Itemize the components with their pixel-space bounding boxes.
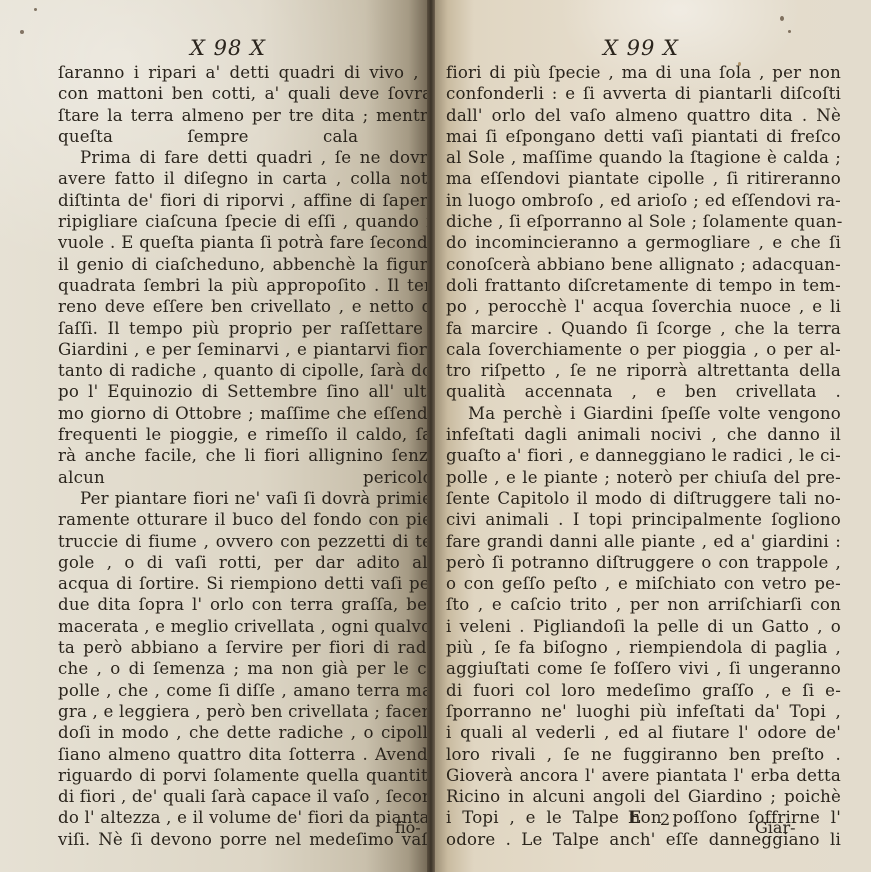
text-line: viſi. Nè ſi devono porre nel medeſimo va… <box>58 829 430 850</box>
text-line: ſaſſi. Il tempo più proprio per raſſetta… <box>58 318 430 339</box>
text-line: in luogo ombroſo , ed arioſo ; ed eſſend… <box>446 190 841 211</box>
left-page: X 98 X ſaranno i ripari a' detti quadri … <box>0 0 430 872</box>
text-line: gole , o di vaſi rotti, per dar adito al… <box>58 552 430 573</box>
text-line: queſta ſempre cala . <box>58 126 430 147</box>
text-line: confonderli : e ſi avverta di piantarli … <box>446 83 841 104</box>
text-line: ſto , e caſcio trito , per non arriſchia… <box>446 594 841 615</box>
text-line: qualità accennata , e ben crivellata . <box>446 381 841 402</box>
text-line: ſaranno i ripari a' detti quadri di vivo… <box>58 62 430 83</box>
text-line: ſporranno ne' luoghi più infeſtati da' T… <box>446 701 841 722</box>
text-line: diche , ſi eſporranno al Sole ; ſolament… <box>446 211 841 232</box>
text-line: tro riſpetto , ſe ne riporrà altrettanta… <box>446 360 841 381</box>
paragraph-start-line: Prima di fare detti quadri , ſe ne dovrà <box>58 147 430 168</box>
text-line: al Sole , maſſime quando la ſtagione è c… <box>446 147 841 168</box>
text-line: macerata , e meglio crivellata , ogni qu… <box>58 616 430 637</box>
text-line: polle , e le piante ; noterò per chiuſa … <box>446 467 841 488</box>
paragraph-start-line: Per piantare fiori ne' vaſi ſi dovrà pri… <box>58 488 430 509</box>
text-line: truccie di fiume , ovvero con pezzetti d… <box>58 531 430 552</box>
page-number-98: X 98 X <box>58 36 398 60</box>
text-line: fiori di più ſpecie , ma di una ſola , p… <box>446 62 841 83</box>
text-line: ta però abbiano a ſervire per fiori di r… <box>58 637 430 658</box>
text-line: doli frattanto diſcretamente di tempo in… <box>446 275 841 296</box>
text-line: il genio di ciaſcheduno, abbenchè la fig… <box>58 254 430 275</box>
text-line: fa marcire . Quando ſi ſcorge , che la t… <box>446 318 841 339</box>
text-line: cala ſoverchiamente o per pioggia , o pe… <box>446 339 841 360</box>
paragraph-start-line: Ma perchè i Giardini ſpeſſe volte vengon… <box>446 403 841 424</box>
text-line: vuole . E queſta pianta ſi potrà fare ſe… <box>58 232 430 253</box>
ink-spot <box>780 16 784 21</box>
text-line: che , o di ſemenza ; ma non già per le c… <box>58 658 430 679</box>
text-line: guaſto a' fiori , e danneggiano le radic… <box>446 445 841 466</box>
ink-spot <box>34 8 37 11</box>
text-line: mai ſi eſpongano detti vaſi piantati di … <box>446 126 841 147</box>
book-spread: X 98 X ſaranno i ripari a' detti quadri … <box>0 0 871 872</box>
text-line: doſi in modo , che dette radiche , o cip… <box>58 722 430 743</box>
text-line: Giardini , e per ſeminarvi , e piantarvi… <box>58 339 430 360</box>
text-line: do incomincieranno a germogliare , e che… <box>446 232 841 253</box>
text-line: do l' altezza , e il volume de' fiori da… <box>58 807 430 828</box>
text-line: ſente Capitolo il modo di diſtruggere ta… <box>446 488 841 509</box>
catchword: Giar- <box>755 818 796 837</box>
text-line: dall' orlo del vaſo almeno quattro dita … <box>446 105 841 126</box>
text-line: po l' Equinozio di Settembre ſino all' u… <box>58 381 430 402</box>
text-line: diſtinta de' fiori di riporvi , affine d… <box>58 190 430 211</box>
text-line: po , perocchè l' acqua ſoverchia nuoce ,… <box>446 296 841 317</box>
text-line: quadrata ſembri la più appropoſito . Il … <box>58 275 430 296</box>
text-line: ramente otturare il buco del fondo con p… <box>58 509 430 530</box>
text-line: ſiano almeno quattro dita ſotterra . Ave… <box>58 744 430 765</box>
text-line: ripigliare ciaſcuna ſpecie di eſſi , qua… <box>58 211 430 232</box>
text-line: i veleni . Pigliandoſi la pelle di un Ga… <box>446 616 841 637</box>
text-line: civi animali . I topi principalmente ſog… <box>446 509 841 530</box>
ink-spot <box>788 30 791 33</box>
text-line: Gioverà ancora l' avere piantata l' erba… <box>446 765 841 786</box>
text-line: reno deve eſſere ben crivellato , e nett… <box>58 296 430 317</box>
text-line: fare grandi danni alle piante , ed a' gi… <box>446 531 841 552</box>
page-number-99: X 99 X <box>446 36 836 60</box>
text-line: alcun pericolo. <box>58 467 430 488</box>
text-line: mo giorno di Ottobre ; maſſime che eſſen… <box>58 403 430 424</box>
text-line: acqua di ſortire. Si riempiono detti vaſ… <box>58 573 430 594</box>
text-line: loro rivali , ſe ne fuggiranno ben preſt… <box>446 744 841 765</box>
text-line: ſtare la terra almeno per tre dita ; men… <box>58 105 430 126</box>
left-page-text: ſaranno i ripari a' detti quadri di vivo… <box>58 62 430 850</box>
signature-mark-number: 2 <box>660 810 670 829</box>
text-line: tanto di radiche , quanto di cipolle, ſa… <box>58 360 430 381</box>
ink-spot <box>20 30 24 34</box>
foxing-spot <box>738 62 741 66</box>
text-line: gra , e leggiera , però ben crivellata ;… <box>58 701 430 722</box>
text-line: i quali al vederli , ed al fiutare l' od… <box>446 722 841 743</box>
text-line: polle , che , come ſi diſſe , amano terr… <box>58 680 430 701</box>
text-line: però ſi potranno diſtruggere o con trapp… <box>446 552 841 573</box>
text-line: avere fatto il diſegno in carta , colla … <box>58 168 430 189</box>
text-line: con mattoni ben cotti, a' quali deve ſov… <box>58 83 430 104</box>
text-line: riguardo di porvi ſolamente quella quant… <box>58 765 430 786</box>
text-line: aggiuſtati come ſe foſſero vivi , ſi ung… <box>446 658 841 679</box>
text-line: di fuori col loro medeſimo graſſo , e ſi… <box>446 680 841 701</box>
text-line: rà anche facile, che li fiori allignino … <box>58 445 430 466</box>
text-line: più , ſe fa biſogno , riempiendola di pa… <box>446 637 841 658</box>
text-line: conoſcerà abbiano bene allignato ; adacq… <box>446 254 841 275</box>
catchword: fio- <box>395 818 421 837</box>
signature-mark-letter: E <box>628 808 641 828</box>
text-line: ma eſſendovi piantate cipolle , ſi ritir… <box>446 168 841 189</box>
text-line: infeſtati dagli animali nocivi , che dan… <box>446 424 841 445</box>
right-page: X 99 X fiori di più ſpecie , ma di una ſ… <box>430 0 871 872</box>
book-gutter <box>427 0 435 872</box>
text-line: due dita ſopra l' orlo con terra graſſa,… <box>58 594 430 615</box>
text-line: frequenti le pioggie, e rimeſſo il caldo… <box>58 424 430 445</box>
text-line: Ricino in alcuni angoli del Giardino ; p… <box>446 786 841 807</box>
right-page-text: fiori di più ſpecie , ma di una ſola , p… <box>446 62 871 850</box>
text-line: di fiori , de' quali ſarà capace il vaſo… <box>58 786 430 807</box>
text-line: o con geſſo peſto , e miſchiato con vetr… <box>446 573 841 594</box>
